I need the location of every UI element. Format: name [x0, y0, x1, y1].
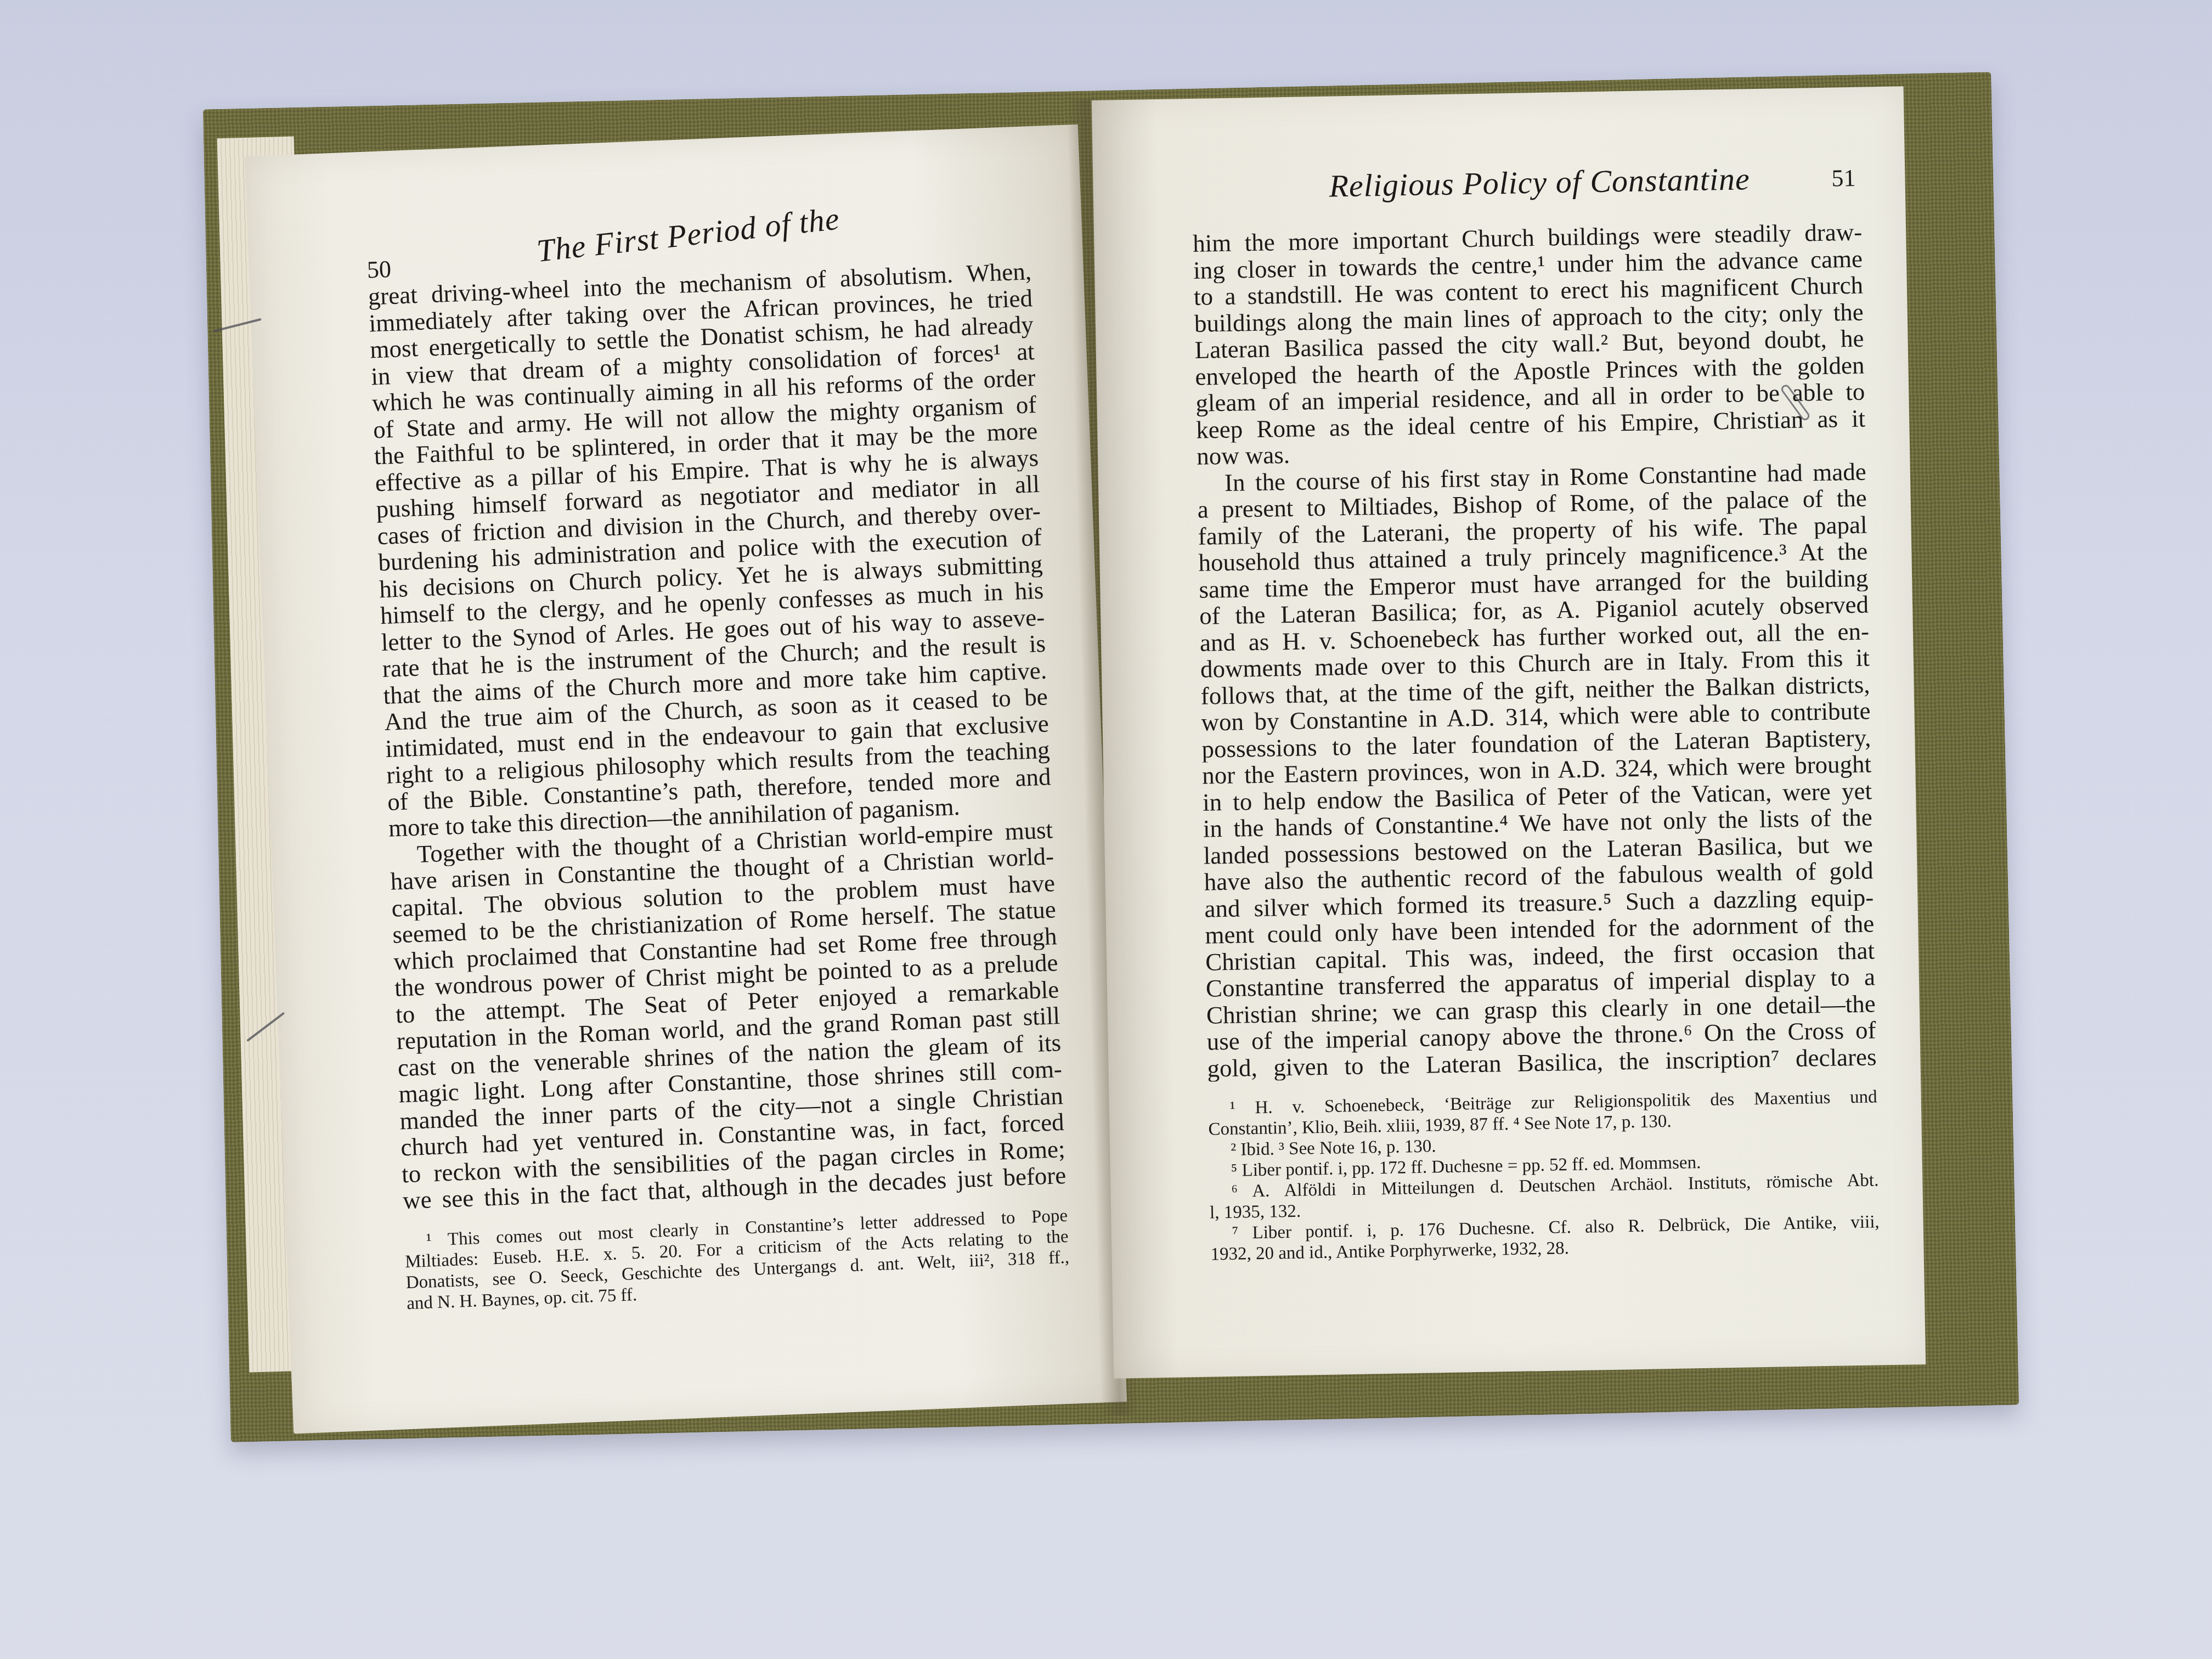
page-number: 51 — [1831, 164, 1856, 193]
right-page-content: Religious Policy of Constantine 51 him t… — [1192, 153, 1880, 1265]
footnotes: ¹ This comes out most clearly in Constan… — [404, 1205, 1070, 1313]
left-page: 50 The First Period of the great driving… — [245, 125, 1127, 1434]
page-number: 50 — [366, 255, 392, 284]
body-text: him the more important Church buildings … — [1193, 219, 1877, 1082]
page-header: Religious Policy of Constantine 51 — [1192, 153, 1862, 230]
running-head: Religious Policy of Constantine — [1329, 160, 1750, 204]
footnotes: ¹ H. v. Schoenebeck, ‘Beiträge zur Relig… — [1208, 1086, 1880, 1265]
body-text: great driving-wheel into the mechanism o… — [368, 258, 1066, 1214]
left-page-content: 50 The First Period of the great driving… — [365, 192, 1070, 1313]
running-head: The First Period of the — [535, 200, 842, 269]
right-page: Religious Policy of Constantine 51 him t… — [1092, 86, 1926, 1378]
